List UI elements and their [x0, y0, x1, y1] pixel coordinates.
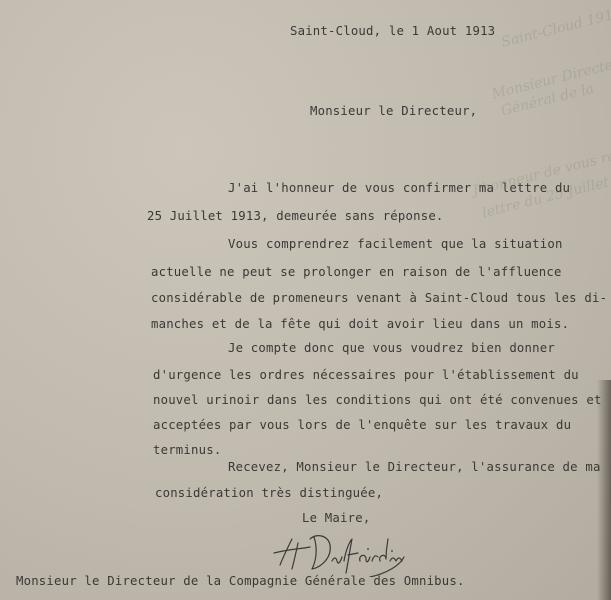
paragraph-3-line-3: nouvel urinoir dans les conditions qui o… — [153, 393, 602, 407]
paragraph-2-line-4: manches et de la fête qui doit avoir lie… — [151, 317, 569, 331]
place-date: Saint-Cloud, le 1 Aout 1913 — [290, 24, 495, 38]
paragraph-1-line-2: 25 Juillet 1913, demeurée sans réponse. — [147, 209, 444, 223]
paragraph-4-line-2: considération très distinguée, — [155, 486, 383, 500]
handwritten-signature — [270, 527, 420, 577]
paragraph-3-line-2: d'urgence les ordres nécessaires pour l'… — [153, 368, 579, 382]
paper-fold-corner — [0, 0, 30, 55]
paragraph-4-line-1: Recevez, Monsieur le Directeur, l'assura… — [228, 460, 601, 474]
paragraph-3-line-1: Je compte donc que vous voudrez bien don… — [228, 341, 555, 355]
closing-title: Le Maire, — [302, 511, 370, 525]
paragraph-2-line-3: considérable de promeneurs venant à Sain… — [151, 291, 607, 305]
paragraph-2-line-1: Vous comprendrez facilement que la situa… — [228, 237, 563, 251]
paragraph-2-line-2: actuelle ne peut se prolonger en raison … — [151, 265, 562, 279]
paragraph-3-line-5: terminus. — [153, 443, 221, 457]
addressee: Monsieur le Directeur de la Compagnie Gé… — [16, 574, 465, 588]
paragraph-1-line-1: J'ai l'honneur de vous confirmer ma lett… — [228, 181, 570, 195]
paragraph-3-line-4: acceptées par vous lors de l'enquête sur… — [153, 418, 571, 432]
page-edge-shadow — [597, 380, 611, 600]
salutation: Monsieur le Directeur, — [310, 104, 477, 118]
